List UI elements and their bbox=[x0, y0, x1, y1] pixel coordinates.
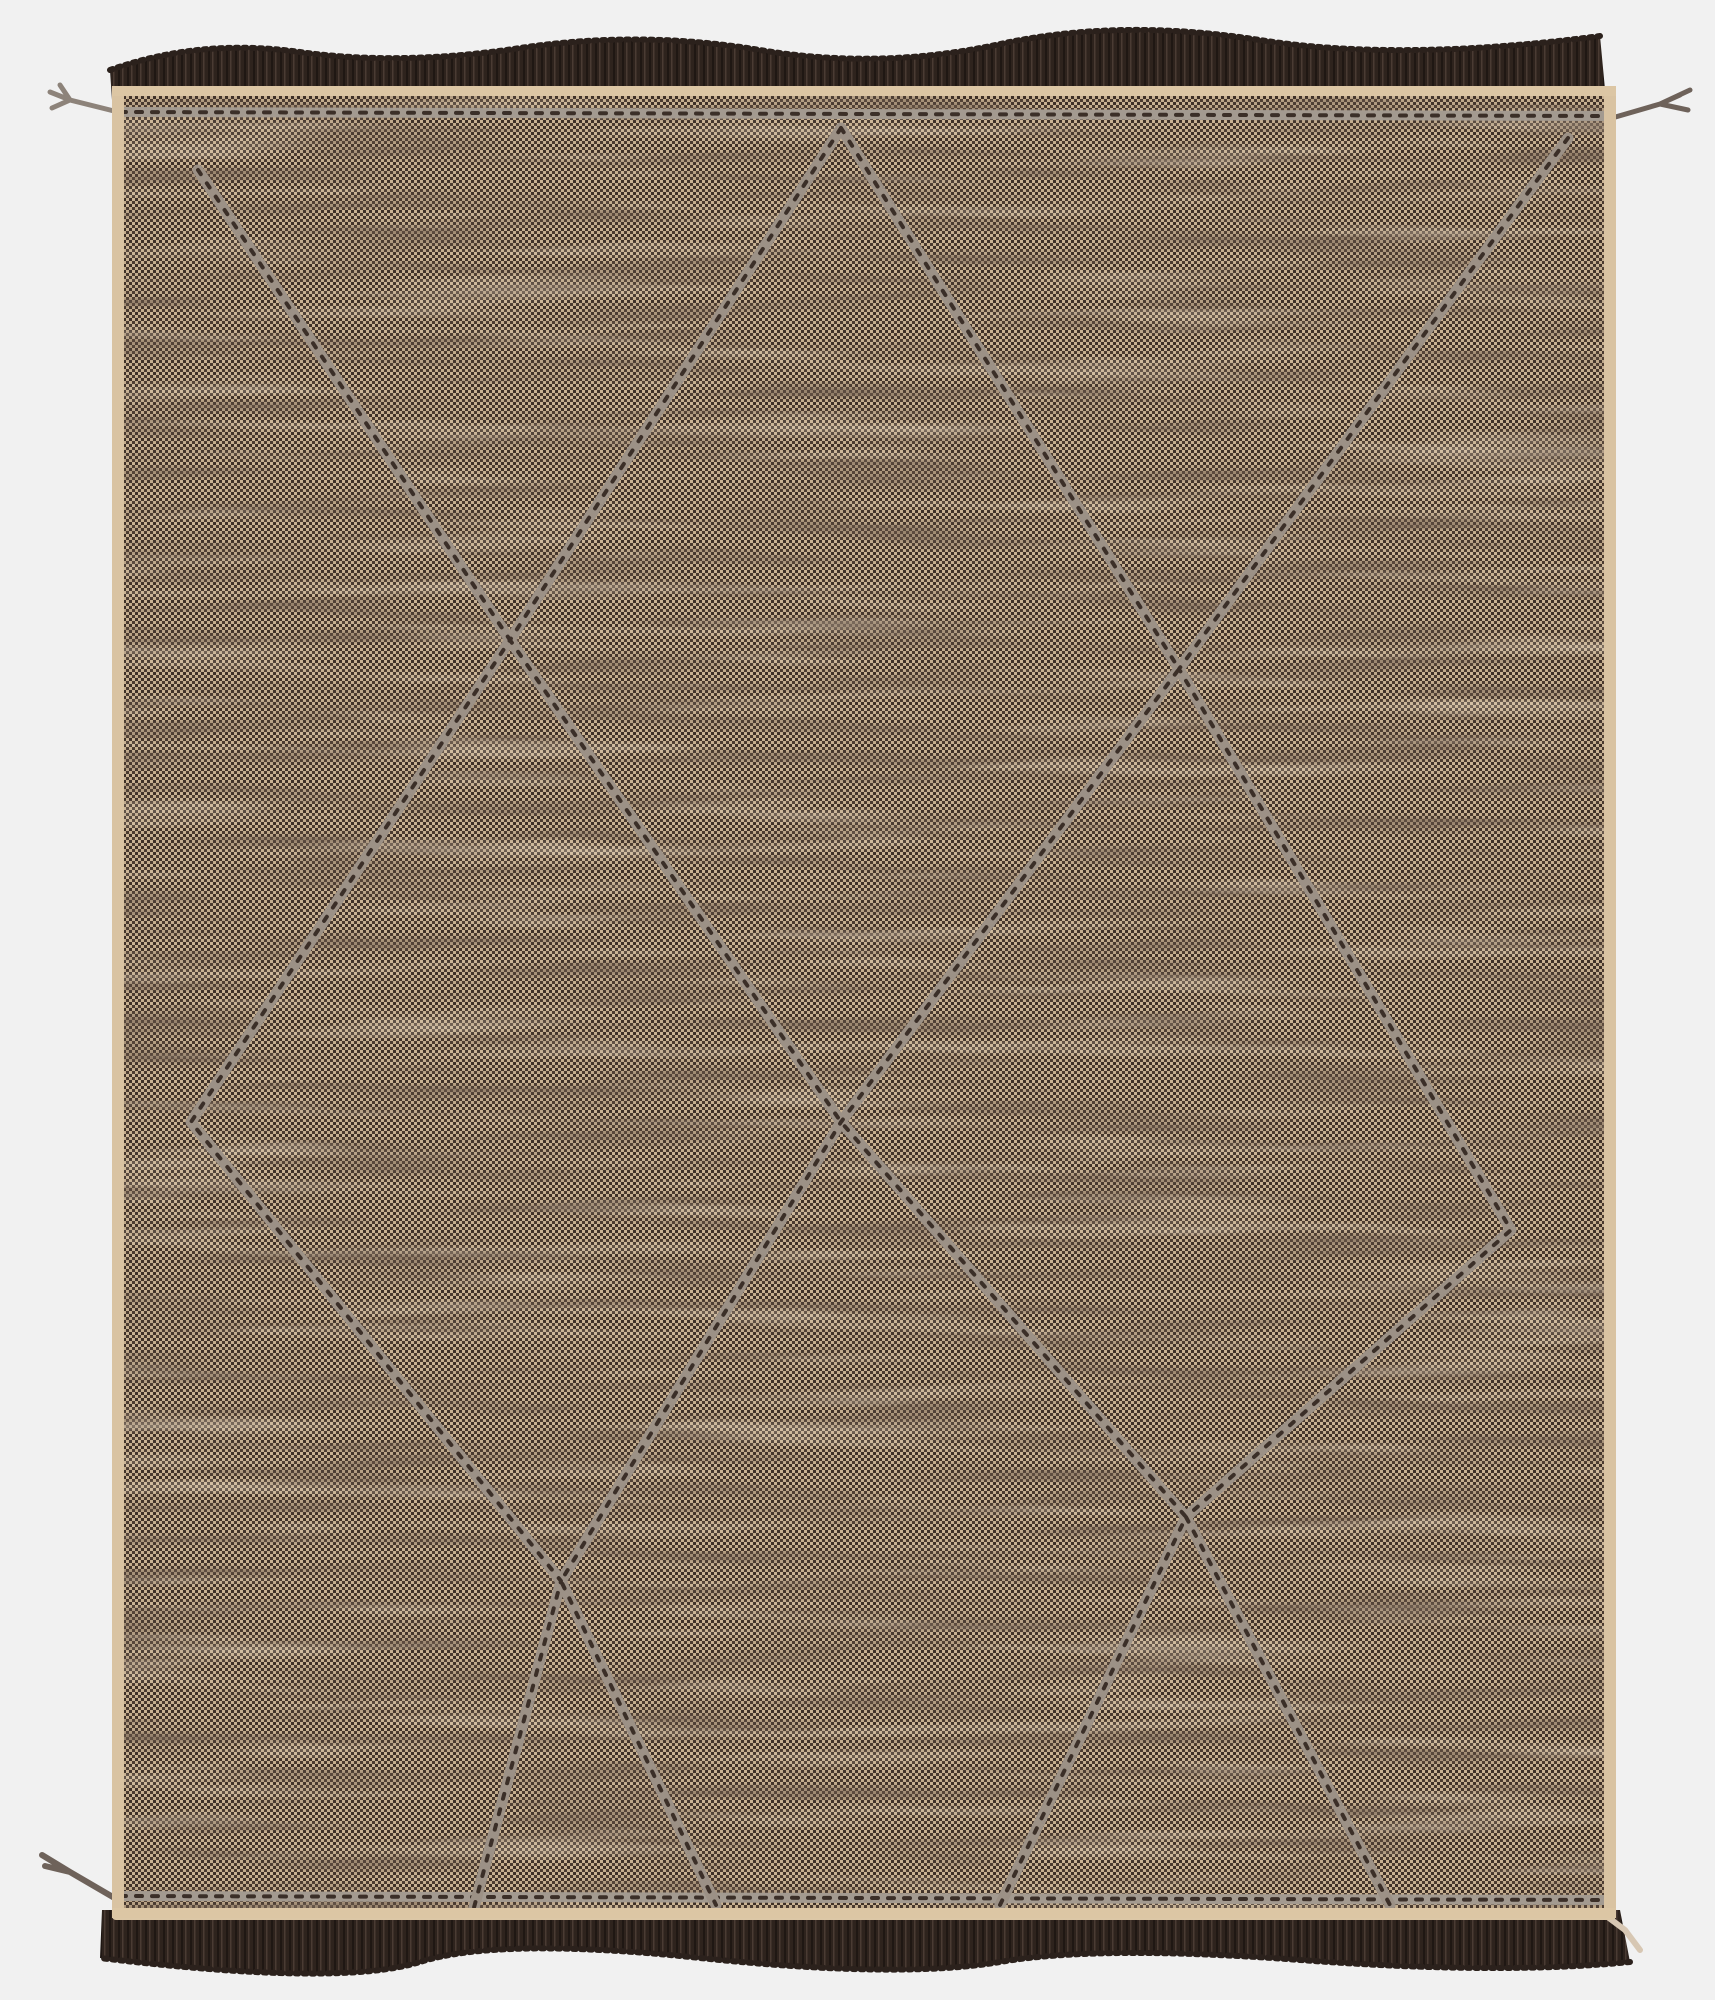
rug-body bbox=[112, 86, 1616, 1920]
rug-photo bbox=[0, 0, 1715, 2000]
